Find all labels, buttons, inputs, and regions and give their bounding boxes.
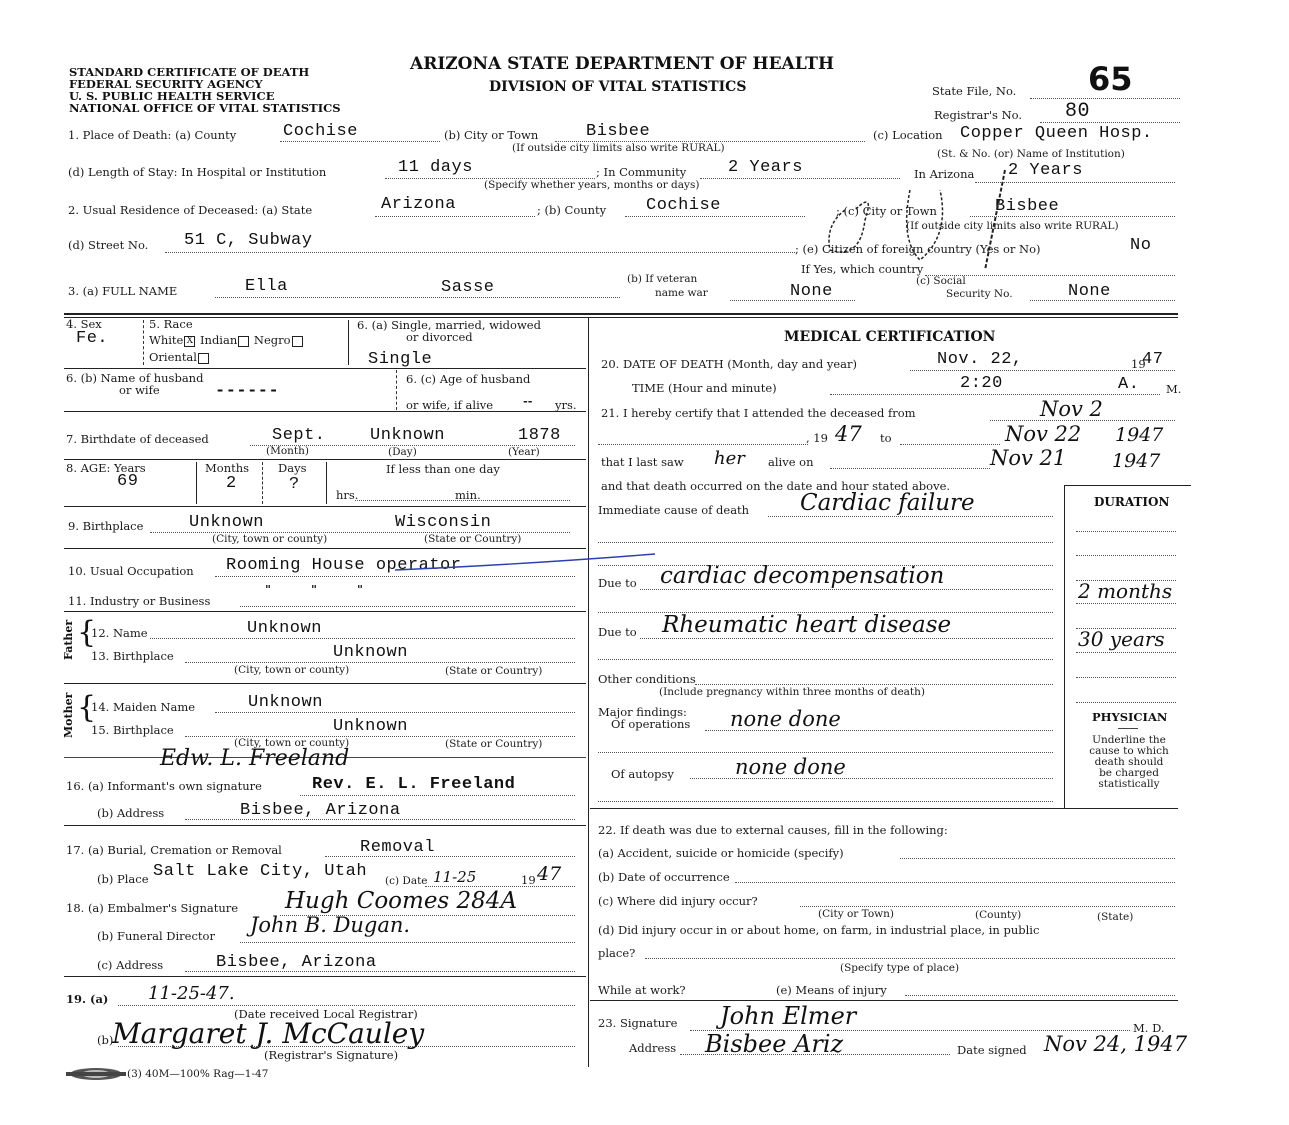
union-label-emblem-icon [66,1066,126,1082]
operations-value: none done [730,707,841,731]
age-days-label: Days [278,461,306,475]
mother-tag: Mother [62,693,75,738]
form-header-left: STANDARD CERTIFICATE OF DEATH FEDERAL SE… [69,66,341,114]
veteran-label-1: (b) If veteran [627,273,697,285]
registrar-sig-prefix: (b) [97,1033,113,1047]
age-months-label: Months [205,461,249,475]
last-name: Sasse [441,278,495,297]
first-name: Ella [245,277,288,296]
birthplace-state: Wisconsin [395,513,491,532]
page-title: ARIZONA STATE DEPARTMENT OF HEALTH [410,54,834,74]
ss-value: None [1068,282,1111,301]
external-c-county-hint: (County) [975,909,1021,921]
attended-from: Nov 2 [1040,397,1103,421]
residence-county: Cochise [646,196,721,215]
burial-date-label: (c) Date [385,875,428,887]
race-indian-label: Indian [200,333,237,347]
age-years: 69 [117,472,138,491]
time-of-death-label: TIME (Hour and minute) [632,381,777,395]
length-of-stay-label: (d) Length of Stay: In Hospital or Insti… [68,165,326,179]
birth-year: 1878 [518,426,561,445]
registrar-number: 80 [1065,100,1090,123]
race-label: 5. Race [149,317,193,331]
registrar-date-received: 11-25-47. [148,983,235,1004]
mother-state-hint: (State or Country) [445,738,542,750]
year-hint: (Year) [508,446,540,458]
race-negro-checkbox[interactable] [292,336,303,347]
father-city-hint: (City, town or county) [234,664,349,676]
autopsy-label: Of autopsy [611,767,674,781]
duration-title: DURATION [1094,495,1169,509]
form-footer: (3) 40M—100% Rag—1-47 [127,1068,268,1080]
residence-county-label: ; (b) County [537,203,606,217]
marital-value: Single [368,350,432,369]
occupation-label: 10. Usual Occupation [68,564,194,578]
race-oriental: Oriental [149,350,210,364]
attended-to-year: 1947 [1115,424,1163,446]
certify-label: 21. I hereby certify that I attended the… [601,406,916,420]
burial-place-label: (b) Place [97,872,149,886]
burial-date: 11-25 [433,868,476,886]
office-line: NATIONAL OFFICE OF VITAL STATISTICS [69,102,341,114]
stay-community: 2 Years [728,158,803,177]
registrar-number-label: Registrar's No. [934,108,1022,122]
time-of-death: 2:20 [960,374,1003,393]
month-hint: (Month) [266,445,309,457]
spouse-value: ------ [215,382,279,401]
birth-month: Sept. [272,426,326,445]
external-c-city-hint: (City or Town) [818,908,894,920]
spouse-age-value: -- [523,394,533,408]
from-year-prefix: , 19 [806,431,828,445]
death-year: 47 [1142,350,1163,369]
location-label: (c) Location [873,128,943,142]
spouse-label-2: or wife [119,383,160,397]
industry-label: 11. Industry or Business [68,594,210,608]
age-months: 2 [226,474,237,493]
sex-value: Fe. [76,329,108,348]
mother-birthplace-label: 15. Birthplace [91,723,174,737]
external-d-label: (d) Did injury occur in or about home, o… [598,923,1039,937]
date-signed: Nov 24, 1947 [1044,1032,1187,1056]
physician-title: PHYSICIAN [1092,710,1167,724]
external-causes-title: 22. If death was due to external causes,… [598,823,948,837]
funeral-director: John B. Dugan. [250,913,410,937]
street-value: 51 C, Subway [184,231,312,250]
last-saw-label: that I last saw [601,455,684,469]
duration-1: 2 months [1078,579,1172,603]
place-of-death-city-label: (b) City or Town [444,128,538,142]
stay-hospital: 11 days [398,158,473,177]
to-label: to [880,431,892,445]
physician-signature: John Elmer [720,1002,856,1030]
date-of-death: Nov. 22, [937,350,1023,369]
attended-to: Nov 22 [1005,422,1081,446]
industry-value: " " " [265,582,363,596]
registrar-sig-hint: (Registrar's Signature) [264,1048,398,1062]
blue-pen-stroke [390,550,660,575]
place-of-death-city: Bisbee [586,122,650,141]
rural-note: (If outside city limits also write RURAL… [512,142,725,154]
race-white-checkbox[interactable]: X [184,336,195,347]
race-negro-label: Negro [254,333,291,347]
place-of-death-county: Cochise [283,122,358,141]
race-oriental-label: Oriental [149,350,197,364]
immediate-cause: Cardiac failure [800,490,975,516]
birthdate-label: 7. Birthdate of deceased [66,432,209,446]
day-hint: (Day) [388,446,417,458]
state-file-label: State File, No. [932,84,1016,98]
race-indian-checkbox[interactable] [238,336,249,347]
state-file-number: 65 [1088,60,1133,98]
external-c-state-hint: (State) [1097,911,1133,923]
date-signed-label: Date signed [957,1043,1027,1057]
burial-value: Removal [360,838,435,857]
informant-name: Rev. E. L. Freeland [312,775,515,794]
father-tag: Father [62,620,75,660]
location-value: Copper Queen Hosp. [960,124,1153,143]
father-name-label: 12. Name [91,626,148,640]
funeral-director-label: (b) Funeral Director [97,929,215,943]
external-a-label: (a) Accident, suicide or homicide (speci… [598,846,844,860]
external-c-label: (c) Where did injury occur? [598,894,758,908]
spouse-age-label-2: or wife, if alive [406,398,493,412]
operations-label: Of operations [611,717,690,731]
stay-community-label: ; In Community [596,165,686,179]
place-of-death-county-label: 1. Place of Death: (a) County [68,128,236,142]
mother-name-label: 14. Maiden Name [91,700,195,714]
stamp-mark-icon [800,150,1040,300]
due-to-1: cardiac decompensation [660,563,944,589]
informant-signature: Edw. L. Freeland [160,746,349,771]
director-address: Bisbee, Arizona [216,953,377,972]
race-oriental-checkbox[interactable] [198,353,209,364]
external-d-label-2: place? [598,946,635,960]
burial-label: 17. (a) Burial, Cremation or Removal [66,843,282,857]
informant-address: Bisbee, Arizona [240,801,401,820]
embalmer-label: 18. (a) Embalmer's Signature [66,901,238,915]
other-conditions-hint: (Include pregnancy within three months o… [659,686,925,698]
due-to-label-1: Due to [598,576,637,590]
last-saw-pronoun: her [714,448,745,469]
external-b-label: (b) Date of occurrence [598,870,730,884]
time-am-pm: A. [1118,375,1139,394]
due-to-2: Rheumatic heart disease [662,612,951,638]
while-at-work-label: While at work? [598,983,686,997]
birthplace-city: Unknown [189,513,264,532]
external-d-hint: (Specify type of place) [840,962,959,974]
time-m: M. [1166,382,1181,396]
burial-year: 47 [537,863,561,885]
birthplace-state-hint: (State or Country) [424,533,521,545]
mother-birthplace: Unknown [333,717,408,736]
age-days: ? [289,475,300,494]
spouse-age-label-1: 6. (c) Age of husband [406,372,530,386]
race-white-label: White [149,333,183,347]
father-state-hint: (State or Country) [445,665,542,677]
full-name-label: 3. (a) FULL NAME [68,284,177,298]
birth-day: Unknown [370,426,445,445]
less-than-day-label: If less than one day [386,462,500,476]
residence-state: Arizona [381,195,456,214]
physician-signature-label: 23. Signature [598,1016,677,1030]
birthplace-city-hint: (City, town or county) [212,533,327,545]
physician-note: Underline the cause to which death shoul… [1079,735,1179,790]
veteran-label-2: name war [655,287,708,299]
stay-note: (Specify whether years, months or days) [484,179,699,191]
marital-label-2: or divorced [406,330,473,344]
physician-address-label: Address [629,1041,676,1055]
date-of-death-label: 20. DATE OF DEATH (Month, day and year) [601,357,857,371]
director-address-label: (c) Address [97,958,163,972]
birthplace-label: 9. Birthplace [68,519,143,533]
father-name: Unknown [247,619,322,638]
immediate-cause-label: Immediate cause of death [598,503,749,517]
citizen-value: No [1130,236,1151,255]
spouse-age-unit: yrs. [555,398,577,412]
embalmer-signature: Hugh Coomes 284A [285,888,517,914]
due-to-label-2: Due to [598,625,637,639]
informant-signature-label: 16. (a) Informant's own signature [66,779,262,793]
last-saw-date: Nov 21 [990,446,1066,470]
duration-2: 30 years [1078,627,1165,651]
last-saw-year: 1947 [1112,450,1160,472]
father-birthplace: Unknown [333,643,408,662]
burial-year-prefix: 19 [521,873,536,887]
registrar-date-prefix: 19. (a) [66,992,108,1006]
physician-note-line-5: statistically [1079,779,1179,790]
alive-on-label: alive on [768,455,814,469]
page-subtitle: DIVISION OF VITAL STATISTICS [489,79,746,95]
street-label: (d) Street No. [68,238,148,252]
residence-state-label: 2. Usual Residence of Deceased: (a) Stat… [68,203,312,217]
autopsy-value: none done [735,755,846,779]
father-birthplace-label: 13. Birthplace [91,649,174,663]
means-of-injury-label: (e) Means of injury [776,983,887,997]
from-year: 47 [835,422,862,446]
race-options: WhiteX Indian Negro [149,333,304,347]
other-conditions-label: Other conditions [598,672,696,686]
medical-certification-title: MEDICAL CERTIFICATION [784,329,995,345]
burial-place: Salt Lake City, Utah [153,862,367,881]
race-check-mark: X [187,336,193,346]
informant-address-label: (b) Address [97,806,164,820]
mother-name: Unknown [248,693,323,712]
